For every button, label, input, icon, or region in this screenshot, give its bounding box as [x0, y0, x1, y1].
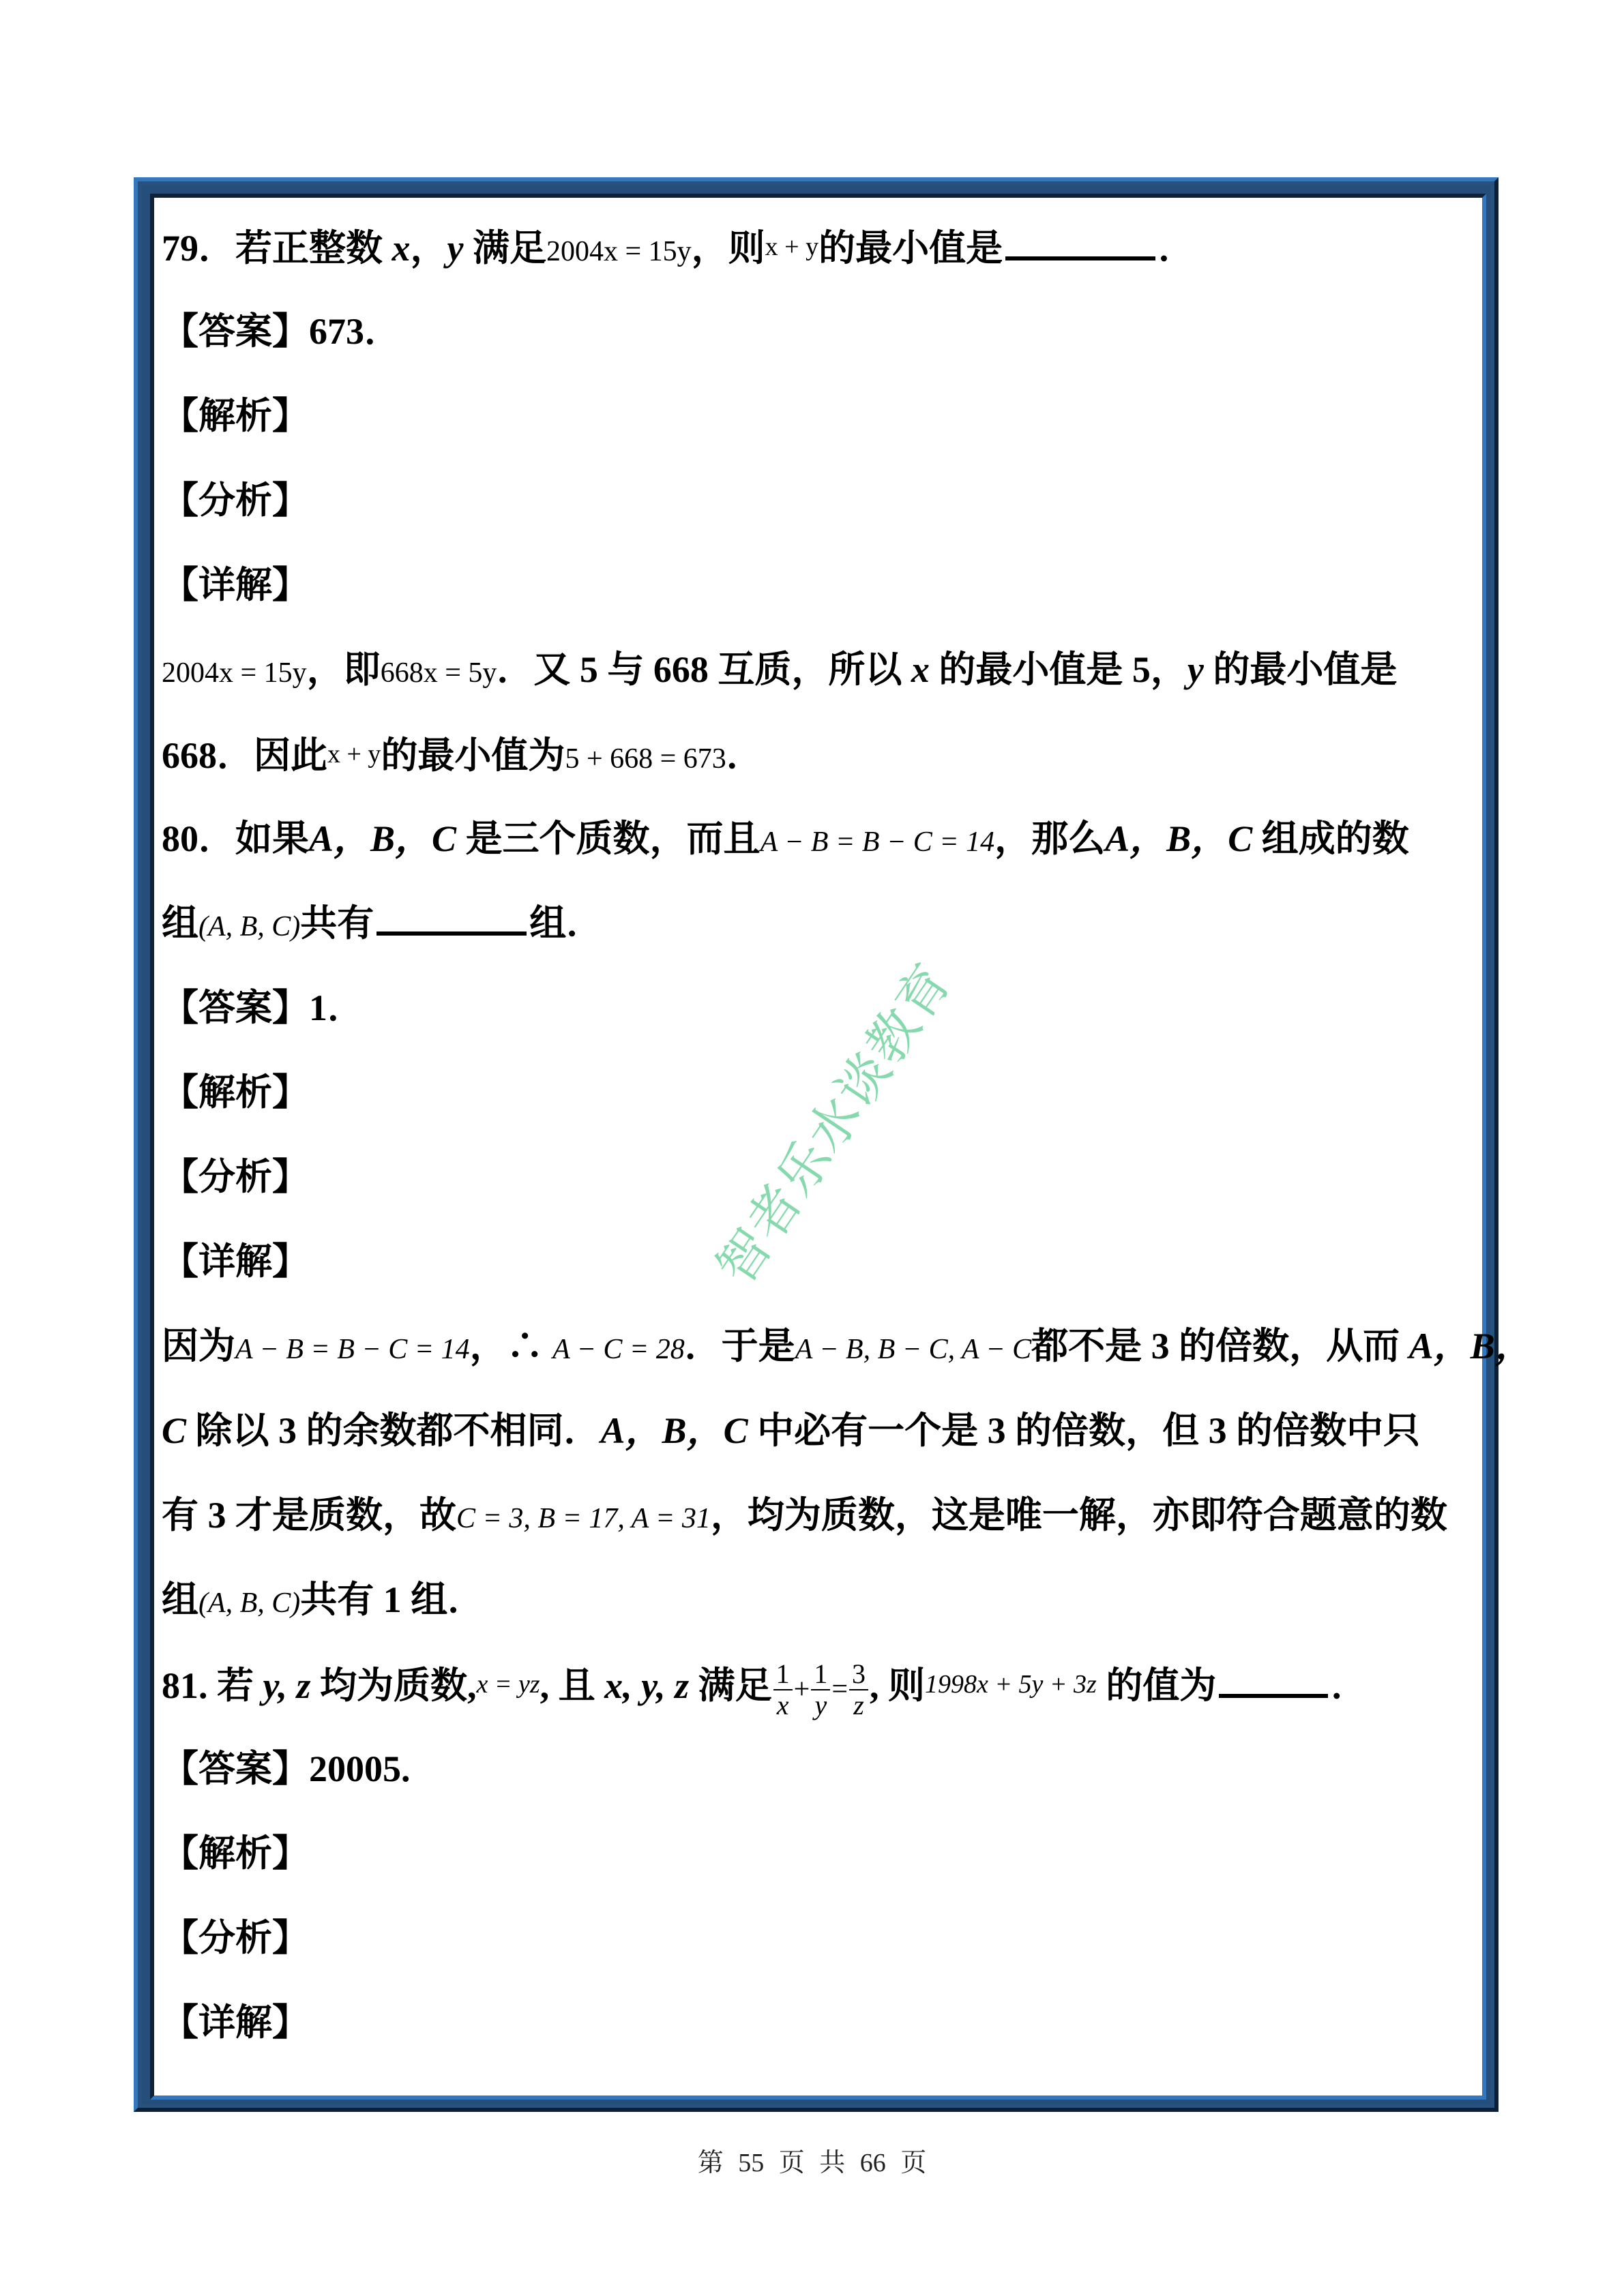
- detail-text: 因为: [162, 1326, 235, 1367]
- period: ．: [1331, 1665, 1368, 1706]
- q80-answer: 【答案】1．: [162, 966, 1478, 1050]
- vars-abc: A，B，C: [1105, 818, 1252, 859]
- plus-sign: +: [794, 1674, 810, 1705]
- q80-text: 组．: [529, 903, 603, 944]
- q80-detail-line-3: 有 3 才是质数，故C = 3, B = 17, A = 31，均为质数，这是唯…: [162, 1473, 1478, 1557]
- q79-jiexi: 【解析】: [162, 374, 1478, 458]
- detail-text: 都不是 3 的倍数，从而: [1031, 1326, 1400, 1367]
- q79-text: 的最小值是: [818, 228, 1003, 269]
- detail-text: 的最小值是: [1213, 649, 1397, 690]
- var-y: y: [447, 228, 464, 269]
- page-footer: 第 55 页 共 66 页: [0, 2141, 1624, 2179]
- vars-xyz: x, y, z: [604, 1665, 689, 1706]
- math-equation: A − C = 28: [552, 1334, 685, 1365]
- detail-text: 的最小值是 5，: [939, 649, 1187, 690]
- var-c: C: [162, 1410, 186, 1451]
- numerator: 1: [811, 1659, 830, 1690]
- answer-value: 673．: [309, 311, 401, 352]
- q79-text: 满足: [473, 228, 546, 269]
- detail-text: 的最小值为: [381, 735, 565, 776]
- math-expression: x + y: [327, 740, 381, 769]
- numerator: 3: [849, 1659, 868, 1690]
- q81-text: , 且: [540, 1665, 595, 1706]
- detail-text: ．于是: [685, 1326, 795, 1367]
- answer-value: 1．: [309, 987, 364, 1028]
- vars-abc: A，B，C: [309, 818, 456, 859]
- q80-xiangjie: 【详解】: [162, 1219, 1478, 1304]
- var-x: x: [392, 228, 411, 269]
- q79-number: 79．: [162, 228, 235, 269]
- fraction-3-over-z: 3z: [849, 1659, 868, 1720]
- q79-detail-line-1: 2004x = 15y，即668x = 5y．又 5 与 668 互质，所以 x…: [162, 627, 1478, 712]
- xiangjie-label: 【详解】: [162, 1241, 309, 1282]
- answer-value: 20005.: [309, 1748, 411, 1789]
- q81-fenxi: 【分析】: [162, 1896, 1478, 1980]
- q80-text: 共有: [300, 903, 374, 944]
- q80-text: ，那么: [994, 818, 1105, 859]
- comma: ，: [411, 228, 447, 269]
- detail-text: 有 3 才是质数，故: [162, 1495, 456, 1536]
- q81-text: 的值为: [1106, 1665, 1216, 1706]
- var-x: x: [911, 649, 930, 690]
- denominator: y: [811, 1690, 830, 1720]
- math-tuple: (A, B, C): [198, 1587, 300, 1619]
- math-equation: A − B = B − C = 14: [761, 826, 995, 858]
- answer-blank[interactable]: [1219, 1653, 1328, 1698]
- answer-blank[interactable]: [1005, 215, 1155, 260]
- q81-text: 均为质数,: [320, 1665, 477, 1706]
- q80-detail-line-4: 组(A, B, C)共有 1 组．: [162, 1557, 1478, 1642]
- denominator: x: [773, 1690, 793, 1720]
- detail-text: 共有 1 组．: [300, 1579, 484, 1620]
- footer-text: 第: [698, 2149, 724, 2177]
- answer-label: 【答案】: [162, 1748, 309, 1789]
- answer-blank[interactable]: [377, 891, 527, 936]
- current-page-number: 55: [738, 2149, 764, 2177]
- math-expression: x + y: [765, 233, 818, 261]
- q81-question: 81. 若 y, z 均为质数,x = yz, 且 x, y, z 满足1x+1…: [162, 1642, 1478, 1727]
- jiexi-label: 【解析】: [162, 1072, 309, 1113]
- q81-xiangjie: 【详解】: [162, 1980, 1478, 2065]
- detail-text: ．又 5 与 668 互质，所以: [497, 649, 902, 690]
- q81-number: 81.: [162, 1665, 208, 1706]
- detail-text: 除以 3 的余数都不相同．: [196, 1410, 601, 1451]
- footer-text: 共: [819, 2149, 845, 2177]
- q79-xiangjie: 【详解】: [162, 543, 1478, 627]
- q81-text: , 则: [870, 1665, 925, 1706]
- total-pages-number: 66: [860, 2149, 886, 2177]
- detail-text: ，均为质数，这是唯一解，亦即符合题意的数: [711, 1495, 1447, 1536]
- q79-fenxi: 【分析】: [162, 458, 1478, 543]
- q80-text: 组成的数: [1262, 818, 1409, 859]
- q81-text: 满足: [698, 1665, 772, 1706]
- xiangjie-label: 【详解】: [162, 565, 309, 606]
- detail-text: 中必有一个是 3 的倍数，但 3 的倍数中只: [757, 1410, 1420, 1451]
- jiexi-label: 【解析】: [162, 1833, 309, 1874]
- q81-answer: 【答案】20005.: [162, 1727, 1478, 1811]
- vars-yz: y, z: [263, 1665, 311, 1706]
- q81-jiexi: 【解析】: [162, 1811, 1478, 1896]
- detail-text: 668．因此: [162, 735, 327, 776]
- period: ．: [726, 735, 763, 776]
- q79-text: 若正整数: [235, 228, 383, 269]
- fenxi-label: 【分析】: [162, 480, 309, 521]
- q80-text: 是三个质数，而且: [466, 818, 761, 859]
- q80-question: 80．如果A，B，C 是三个质数，而且A − B = B − C = 14，那么…: [162, 796, 1478, 881]
- math-expression: 1998x + 5y + 3z: [925, 1670, 1097, 1699]
- detail-text: 组: [162, 1579, 198, 1620]
- math-equation: A − B = B − C = 14: [235, 1334, 470, 1365]
- detail-text: ，即: [307, 649, 381, 690]
- detail-text: ，∴: [470, 1326, 544, 1367]
- footer-text: 页: [900, 2149, 926, 2177]
- denominator: z: [849, 1690, 868, 1720]
- period: ．: [1158, 228, 1195, 269]
- math-equation: C = 3, B = 17, A = 31: [456, 1503, 711, 1534]
- fraction-1-over-y: 1y: [811, 1659, 830, 1720]
- fenxi-label: 【分析】: [162, 1157, 309, 1197]
- answer-label: 【答案】: [162, 987, 309, 1028]
- answer-label: 【答案】: [162, 311, 309, 352]
- math-equation: 2004x = 15y: [162, 657, 307, 689]
- math-equation: A − B, B − C, A − C: [795, 1334, 1031, 1365]
- math-equation: 2004x = 15y: [546, 236, 692, 267]
- numerator: 1: [773, 1659, 793, 1690]
- q80-detail-line-1: 因为A − B = B − C = 14，∴ A − C = 28．于是A − …: [162, 1304, 1478, 1388]
- q79-text: ，则: [692, 228, 765, 269]
- q79-detail-line-2: 668．因此x + y的最小值为5 + 668 = 673．: [162, 712, 1478, 796]
- math-equation: x = yz: [476, 1670, 540, 1699]
- math-equation: 5 + 668 = 673: [565, 743, 726, 775]
- math-equation: 668x = 5y: [381, 657, 497, 689]
- q79-question: 79．若正整数 x，y 满足2004x = 15y，则x + y的最小值是．: [162, 205, 1478, 289]
- q79-answer: 【答案】673．: [162, 289, 1478, 374]
- q80-question-line-2: 组(A, B, C)共有组．: [162, 881, 1478, 966]
- xiangjie-label: 【详解】: [162, 2002, 309, 2043]
- fraction-1-over-x: 1x: [773, 1659, 793, 1720]
- vars-abc: A，B，C: [601, 1410, 748, 1451]
- q81-text: 若: [217, 1665, 254, 1706]
- footer-text: 页: [779, 2149, 805, 2177]
- fenxi-label: 【分析】: [162, 1918, 309, 1958]
- math-tuple: (A, B, C): [198, 911, 300, 942]
- q80-text: 组: [162, 903, 198, 944]
- q80-text: 如果: [235, 818, 309, 859]
- equals-sign: =: [831, 1674, 848, 1705]
- jiexi-label: 【解析】: [162, 396, 309, 436]
- q80-number: 80．: [162, 818, 235, 859]
- vars-ab: A，B，: [1409, 1326, 1532, 1367]
- var-y: y: [1187, 649, 1204, 690]
- q80-detail-line-2: C 除以 3 的余数都不相同．A，B，C 中必有一个是 3 的倍数，但 3 的倍…: [162, 1388, 1478, 1473]
